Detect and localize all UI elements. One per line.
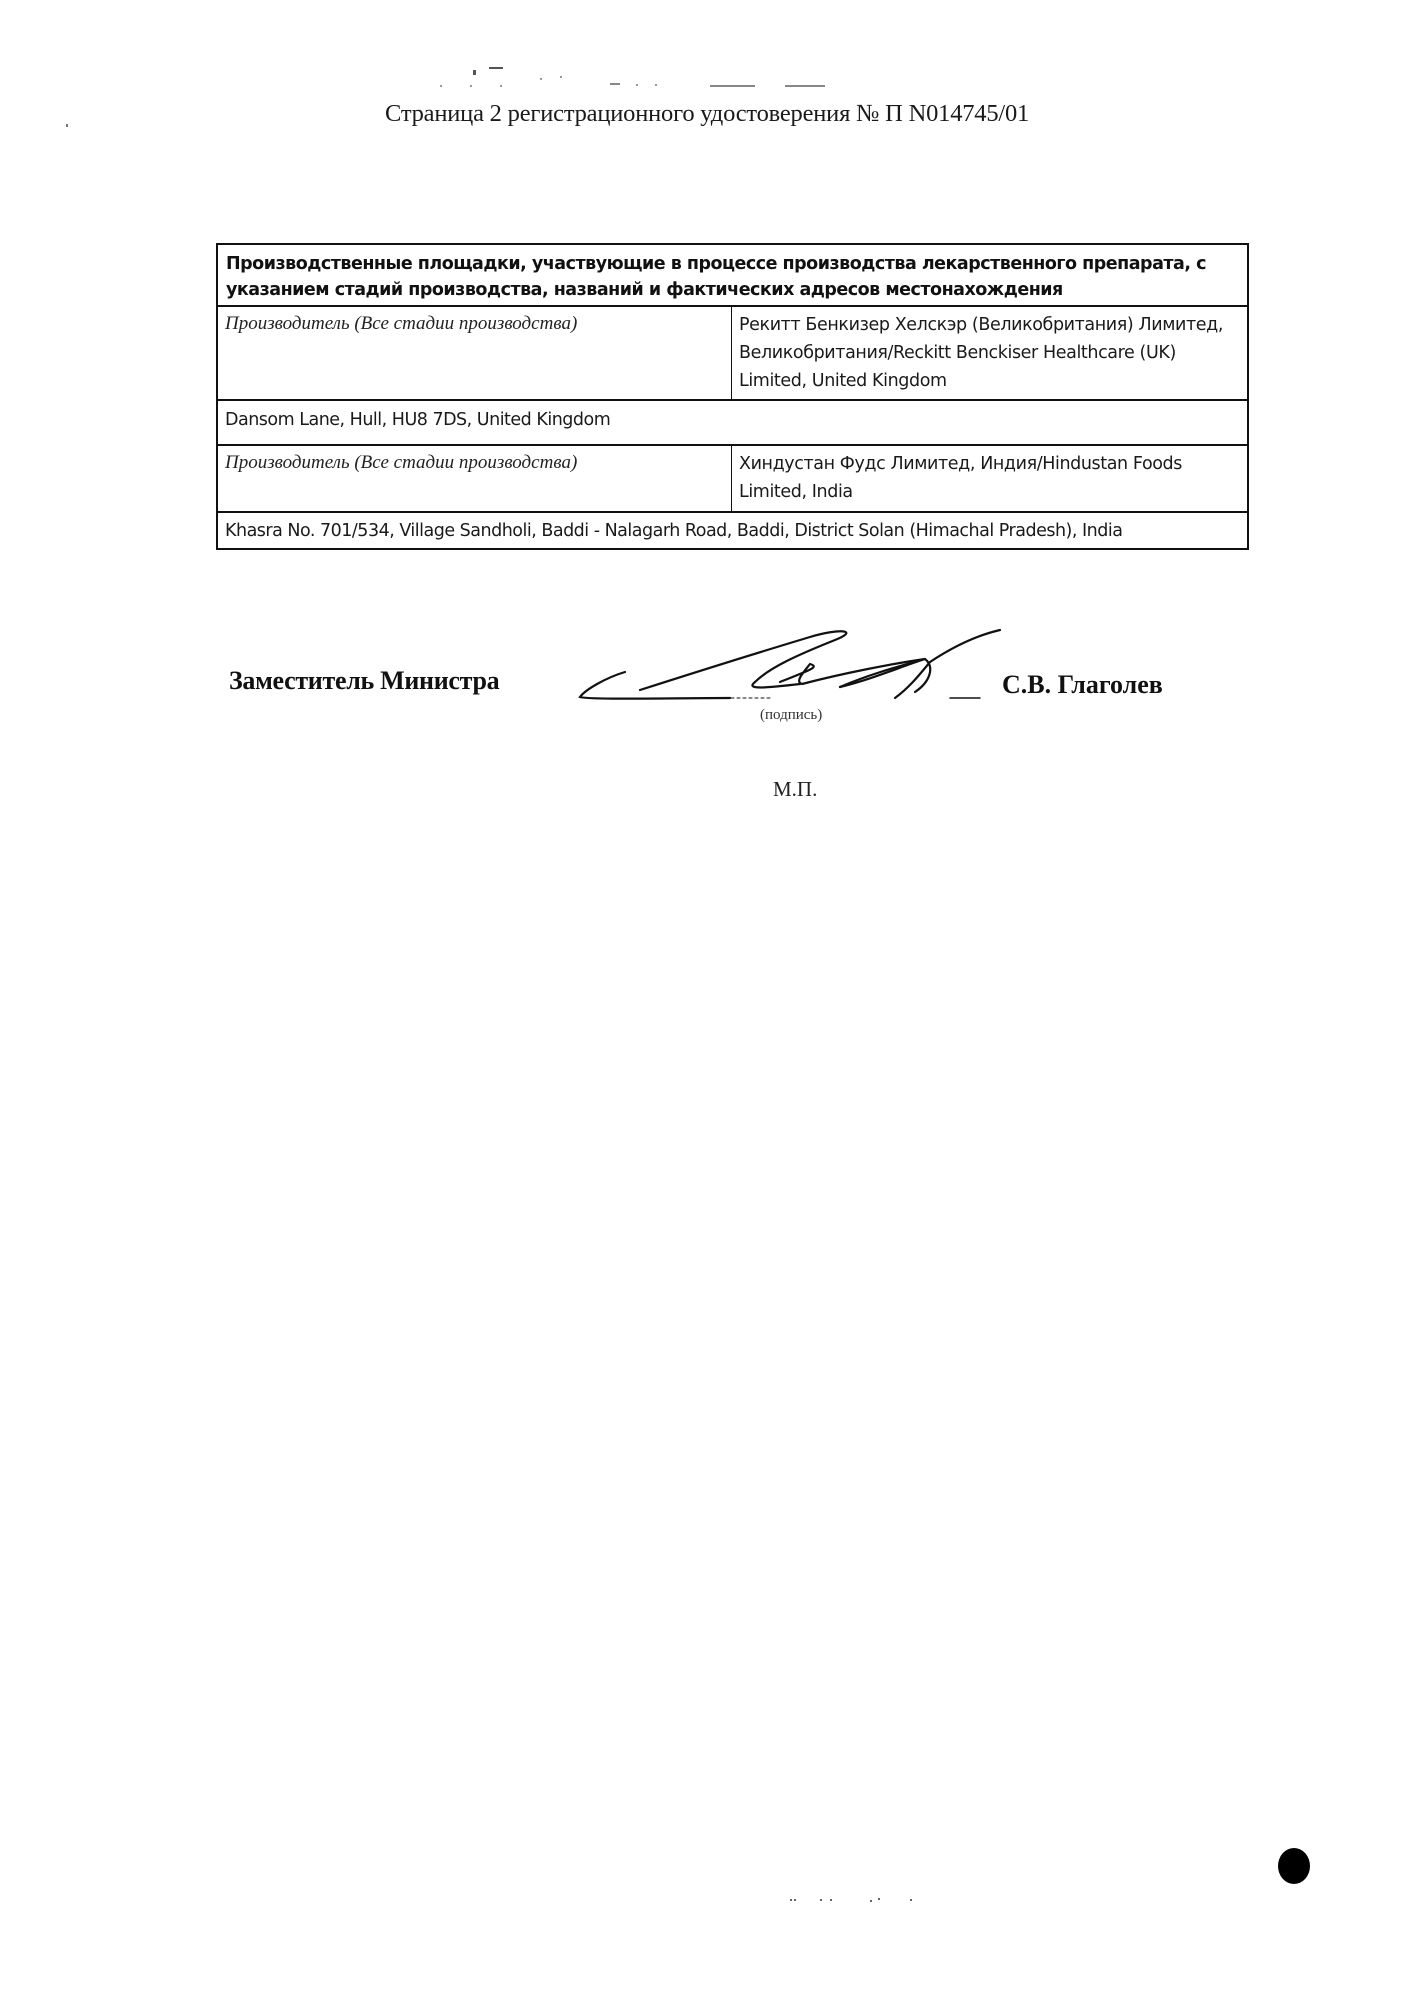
table-heading-row: Производственные площадки, участвующие в… — [218, 245, 1247, 305]
stamp-placeholder: М.П. — [773, 777, 817, 802]
scan-artifacts-bottom — [790, 1897, 970, 1903]
site-name: Хиндустан Фудс Лимитед, Индия/Hindustan … — [732, 446, 1247, 511]
table-row: Dansom Lane, Hull, HU8 7DS, United Kingd… — [218, 399, 1247, 444]
site-address: Khasra No. 701/534, Village Sandholi, Ba… — [218, 513, 1247, 548]
site-name: Рекитт Бенкизер Хелскэр (Великобритания)… — [732, 307, 1247, 399]
table-row: Производитель (Все стадии производства) … — [218, 444, 1247, 511]
site-address: Dansom Lane, Hull, HU8 7DS, United Kingd… — [218, 401, 1247, 444]
site-role: Производитель (Все стадии производства) — [218, 307, 732, 399]
site-role: Производитель (Все стадии производства) — [218, 446, 732, 511]
scan-dot-mark — [1278, 1848, 1310, 1884]
production-sites-table: Производственные площадки, участвующие в… — [216, 243, 1249, 550]
table-row: Khasra No. 701/534, Village Sandholi, Ba… — [218, 511, 1247, 548]
table-heading: Производственные площадки, участвующие в… — [218, 245, 1247, 305]
handwritten-signature — [570, 612, 1020, 712]
signature-caption: (подпись) — [760, 707, 822, 724]
signatory-position: Заместитель Министра — [229, 666, 499, 696]
page-title: Страница 2 регистрационного удостоверени… — [385, 100, 1029, 128]
table-row: Производитель (Все стадии производства) … — [218, 305, 1247, 399]
signer-name: С.В. Глаголев — [1002, 670, 1163, 700]
